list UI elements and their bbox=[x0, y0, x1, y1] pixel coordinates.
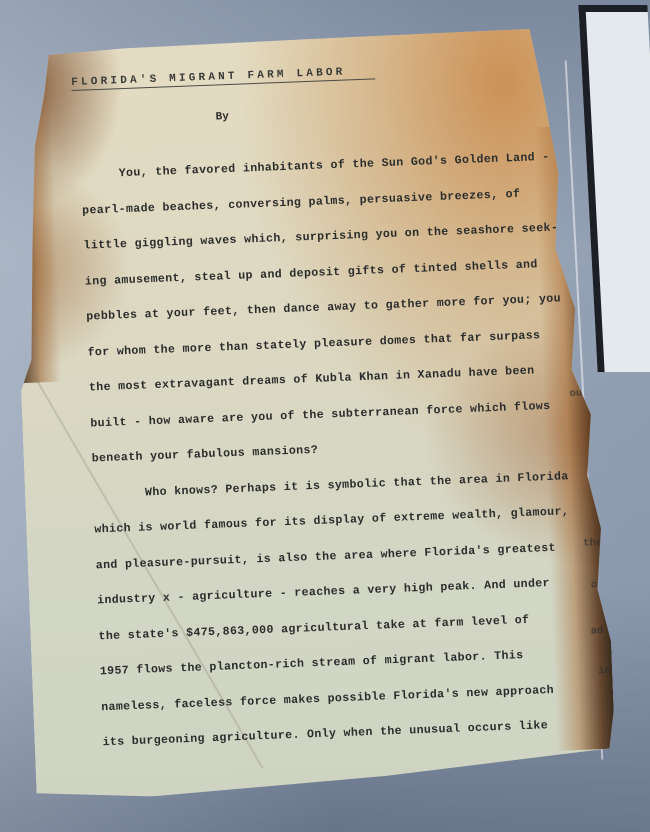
edge-fragment: the bbox=[583, 537, 602, 550]
document-title: FLORIDA'S MIGRANT FARM LABOR bbox=[71, 65, 376, 91]
document-body: You, the favored inhabitants of the Sun … bbox=[81, 150, 604, 772]
burned-document-page: FLORIDA'S MIGRANT FARM LABOR By You, the… bbox=[8, 19, 617, 801]
document-byline: By bbox=[215, 111, 229, 123]
